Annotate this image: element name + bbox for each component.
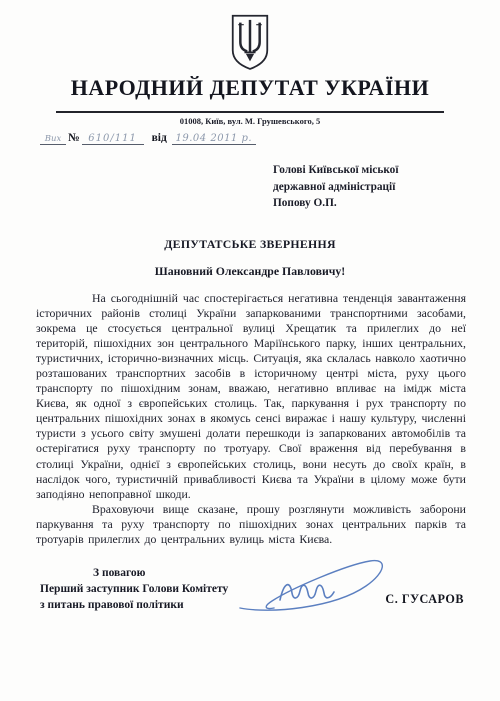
body-paragraph-1: На сьогоднішній час спостерігається нега… xyxy=(36,291,466,502)
salutation: Шановний Олександре Павловичу! xyxy=(0,264,500,279)
recipient-line-1: Голові Київської міської xyxy=(273,162,398,179)
reference-line: Вих№610/111від19.04 2011 р. xyxy=(40,132,256,145)
page-title: НАРОДНИЙ ДЕПУТАТ УКРАЇНИ xyxy=(0,75,500,101)
outgoing-number-value: 610/111 xyxy=(82,133,144,145)
signer-title-line-2: з питань правової політики xyxy=(40,598,228,614)
handwritten-signature xyxy=(236,556,396,620)
letter-page: НАРОДНИЙ ДЕПУТАТ УКРАЇНИ 01008, Київ, ву… xyxy=(0,0,500,701)
header-address: 01008, Київ, вул. М. Грушевського, 5 xyxy=(0,116,500,126)
outgoing-handwritten-label: Вих xyxy=(40,134,66,145)
letter-body: На сьогоднішній час спостерігається нега… xyxy=(36,291,466,547)
date-label: від xyxy=(152,132,167,144)
date-value: 19.04 2011 р. xyxy=(172,133,256,145)
recipient-line-3: Попову О.П. xyxy=(273,195,398,212)
closing-phrase: З повагою xyxy=(93,567,145,579)
letter-heading: ДЕПУТАТСЬКЕ ЗВЕРНЕННЯ xyxy=(0,237,500,252)
recipient-line-2: державної адміністрації xyxy=(273,179,398,196)
signer-title-block: Перший заступник Голови Комітету з питан… xyxy=(40,582,228,613)
recipient-block: Голові Київської міської державної адмін… xyxy=(273,162,398,212)
signatory-name: С. ГУСАРОВ xyxy=(385,592,464,607)
body-paragraph-2: Враховуючи вище сказане, прошу розглянут… xyxy=(36,502,466,547)
number-sign-label: № xyxy=(68,132,80,144)
signer-title-line-1: Перший заступник Голови Комітету xyxy=(40,582,228,598)
header-divider xyxy=(56,111,444,113)
tryzub-emblem-icon xyxy=(227,13,273,71)
